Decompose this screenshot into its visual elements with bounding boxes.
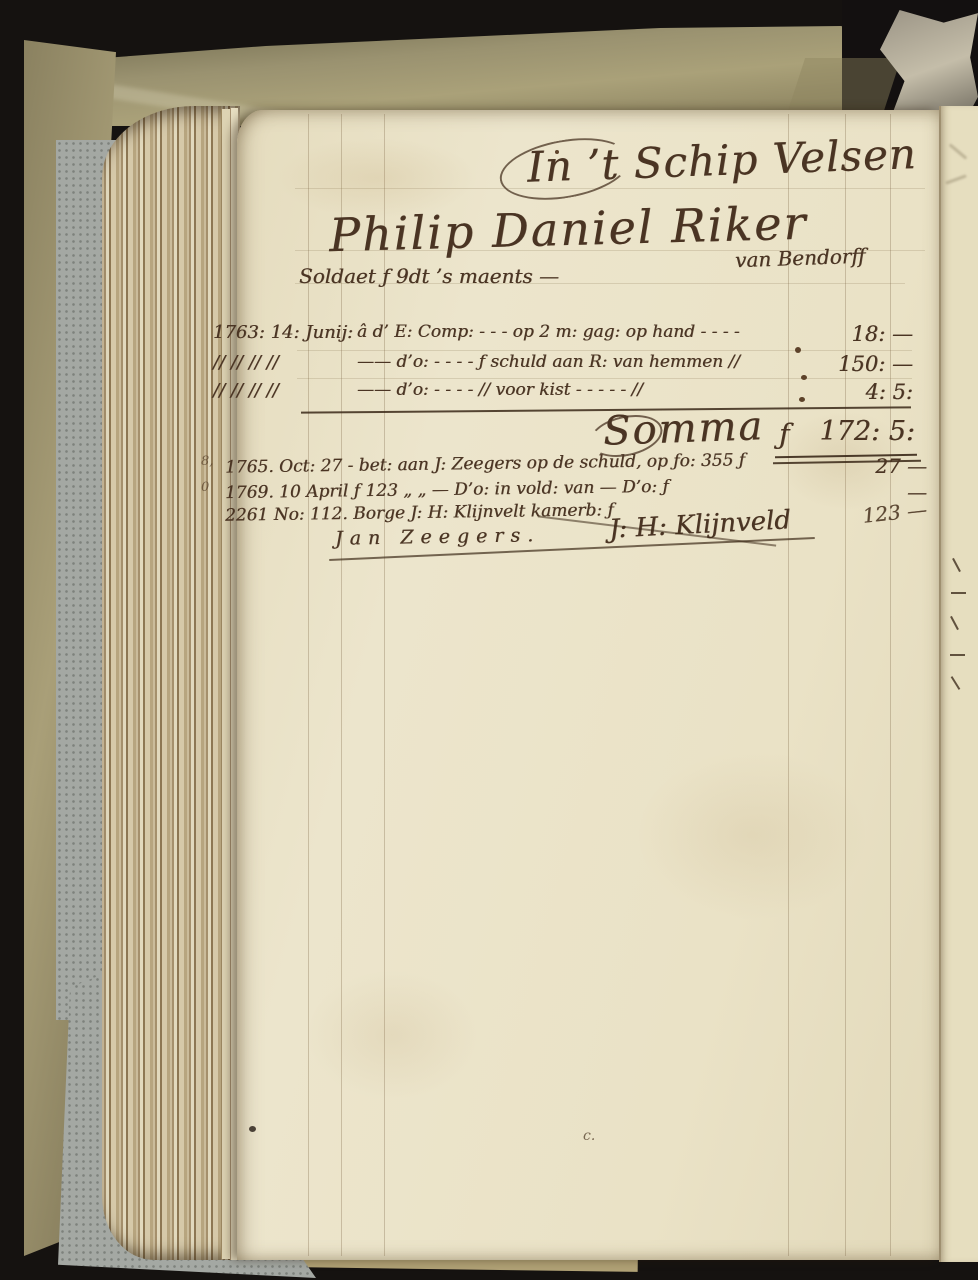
ruled-line-vertical	[788, 114, 789, 1256]
entry-amount: 150: —	[797, 352, 913, 376]
currency-sign: ƒ	[779, 418, 789, 451]
payment-amount: 27 —	[815, 454, 927, 478]
ruled-line-vertical	[890, 114, 891, 1256]
leaf-edge	[221, 109, 230, 1259]
bleed-mark	[952, 558, 961, 572]
bleed-mark	[950, 616, 959, 630]
guide-line	[297, 378, 912, 379]
ink-blot	[249, 1126, 256, 1132]
ruled-line-vertical	[845, 114, 846, 1256]
entry-amount: 18: —	[797, 322, 913, 346]
payment-text: 1765. Oct: 27 - bet: aan J: Zeegers op d…	[225, 450, 745, 477]
entry-date: // // // //	[213, 352, 355, 373]
bleed-mark	[950, 654, 965, 656]
account-holder-origin: van Bendorff	[735, 244, 866, 273]
total-amount: 172: 5:	[797, 416, 915, 447]
entry-description: —— d’o: - - - - // voor kist - - - - - /…	[357, 380, 643, 400]
stray-pen-mark: c.	[583, 1128, 595, 1144]
margin-note: 8,	[201, 454, 213, 469]
ghost-mark	[945, 174, 967, 184]
entry-date: // // // //	[213, 380, 355, 401]
paper-stain	[307, 970, 477, 1100]
rank-and-wage: Soldaet ƒ 9dt ’s maents —	[299, 264, 559, 288]
payment-text: 1769. 10 April ƒ 123 „ „ — D’o: in vold:…	[225, 477, 669, 503]
entry-date: 1763: 14: Junij:	[213, 322, 355, 343]
ghost-mark	[949, 143, 968, 159]
total-label: Somma	[602, 403, 765, 455]
ledger-page: In ’t Schip Velsen Philip Daniel Riker v…	[237, 110, 939, 1260]
signature-zeegers: Jan Zeegers.	[335, 524, 541, 550]
bleed-mark	[951, 592, 966, 594]
page-edge-stack	[102, 106, 240, 1260]
guide-line	[297, 350, 912, 351]
bleed-mark	[951, 676, 961, 690]
entry-amount: 4: 5:	[797, 380, 913, 404]
manuscript-photo: In ’t Schip Velsen Philip Daniel Riker v…	[0, 0, 978, 1280]
facing-page-sliver	[939, 106, 978, 1262]
entry-description: â d’ E: Comp: - - - op 2 m: gag: op hand…	[357, 322, 740, 342]
entry-description: —— d’o: - - - - ƒ schuld aan R: van hemm…	[357, 352, 740, 372]
margin-note: 0	[201, 480, 209, 495]
payment-text: 2261 No: 112. Borge J: H: Klijnvelt kame…	[225, 500, 614, 525]
paper-stain	[637, 750, 867, 920]
cover-sheen	[787, 58, 901, 114]
